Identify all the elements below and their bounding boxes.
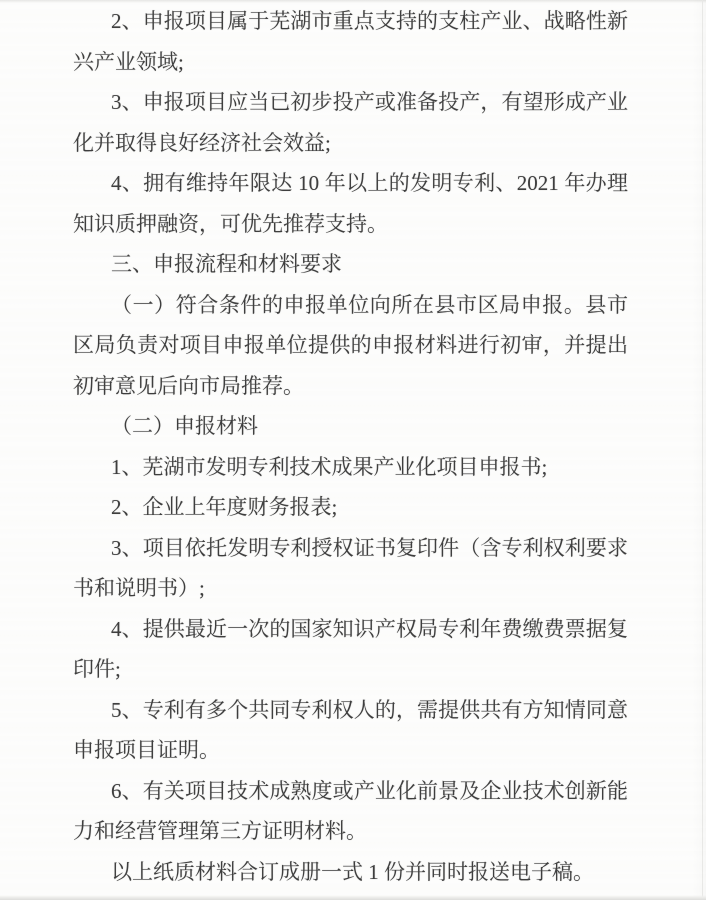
paragraph-process-1: （一）符合条件的申报单位向所在县市区局申报。县市区局负责对项目申报单位提供的申报… xyxy=(73,285,628,407)
scan-edge-right xyxy=(702,0,703,900)
section-heading-3: 三、申报流程和材料要求 xyxy=(73,244,628,285)
paragraph-closing-note: 以上纸质材料合订成册一式 1 份并同时报送电子稿。 xyxy=(73,852,628,893)
paragraph-material-5: 5、专利有多个共同专利权人的，需提供共有方知情同意申报项目证明。 xyxy=(73,690,628,771)
document-body: 2、申报项目属于芜湖市重点支持的支柱产业、战略性新兴产业领域; 3、申报项目应当… xyxy=(73,1,628,892)
scan-shade-right xyxy=(692,0,706,900)
paragraph-material-2: 2、企业上年度财务报表; xyxy=(73,487,628,528)
paragraph-material-1: 1、芜湖市发明专利技术成果产业化项目申报书; xyxy=(73,447,628,488)
paragraph-material-3: 3、项目依托发明专利授权证书复印件（含专利权利要求书和说明书）; xyxy=(73,528,628,609)
subsection-heading-materials: （二）申报材料 xyxy=(73,406,628,447)
document-page: 2、申报项目属于芜湖市重点支持的支柱产业、战略性新兴产业领域; 3、申报项目应当… xyxy=(0,0,706,900)
paragraph-condition-4: 4、拥有维持年限达 10 年以上的发明专利、2021 年办理知识质押融资，可优先… xyxy=(73,163,628,244)
paragraph-condition-2: 2、申报项目属于芜湖市重点支持的支柱产业、战略性新兴产业领域; xyxy=(73,1,628,82)
paragraph-material-4: 4、提供最近一次的国家知识产权局专利年费缴费票据复印件; xyxy=(73,609,628,690)
paragraph-material-6: 6、有关项目技术成熟度或产业化前景及企业技术创新能力和经营管理第三方证明材料。 xyxy=(73,771,628,852)
paragraph-condition-3: 3、申报项目应当已初步投产或准备投产，有望形成产业化并取得良好经济社会效益; xyxy=(73,82,628,163)
scan-edge-bottom xyxy=(0,895,706,900)
